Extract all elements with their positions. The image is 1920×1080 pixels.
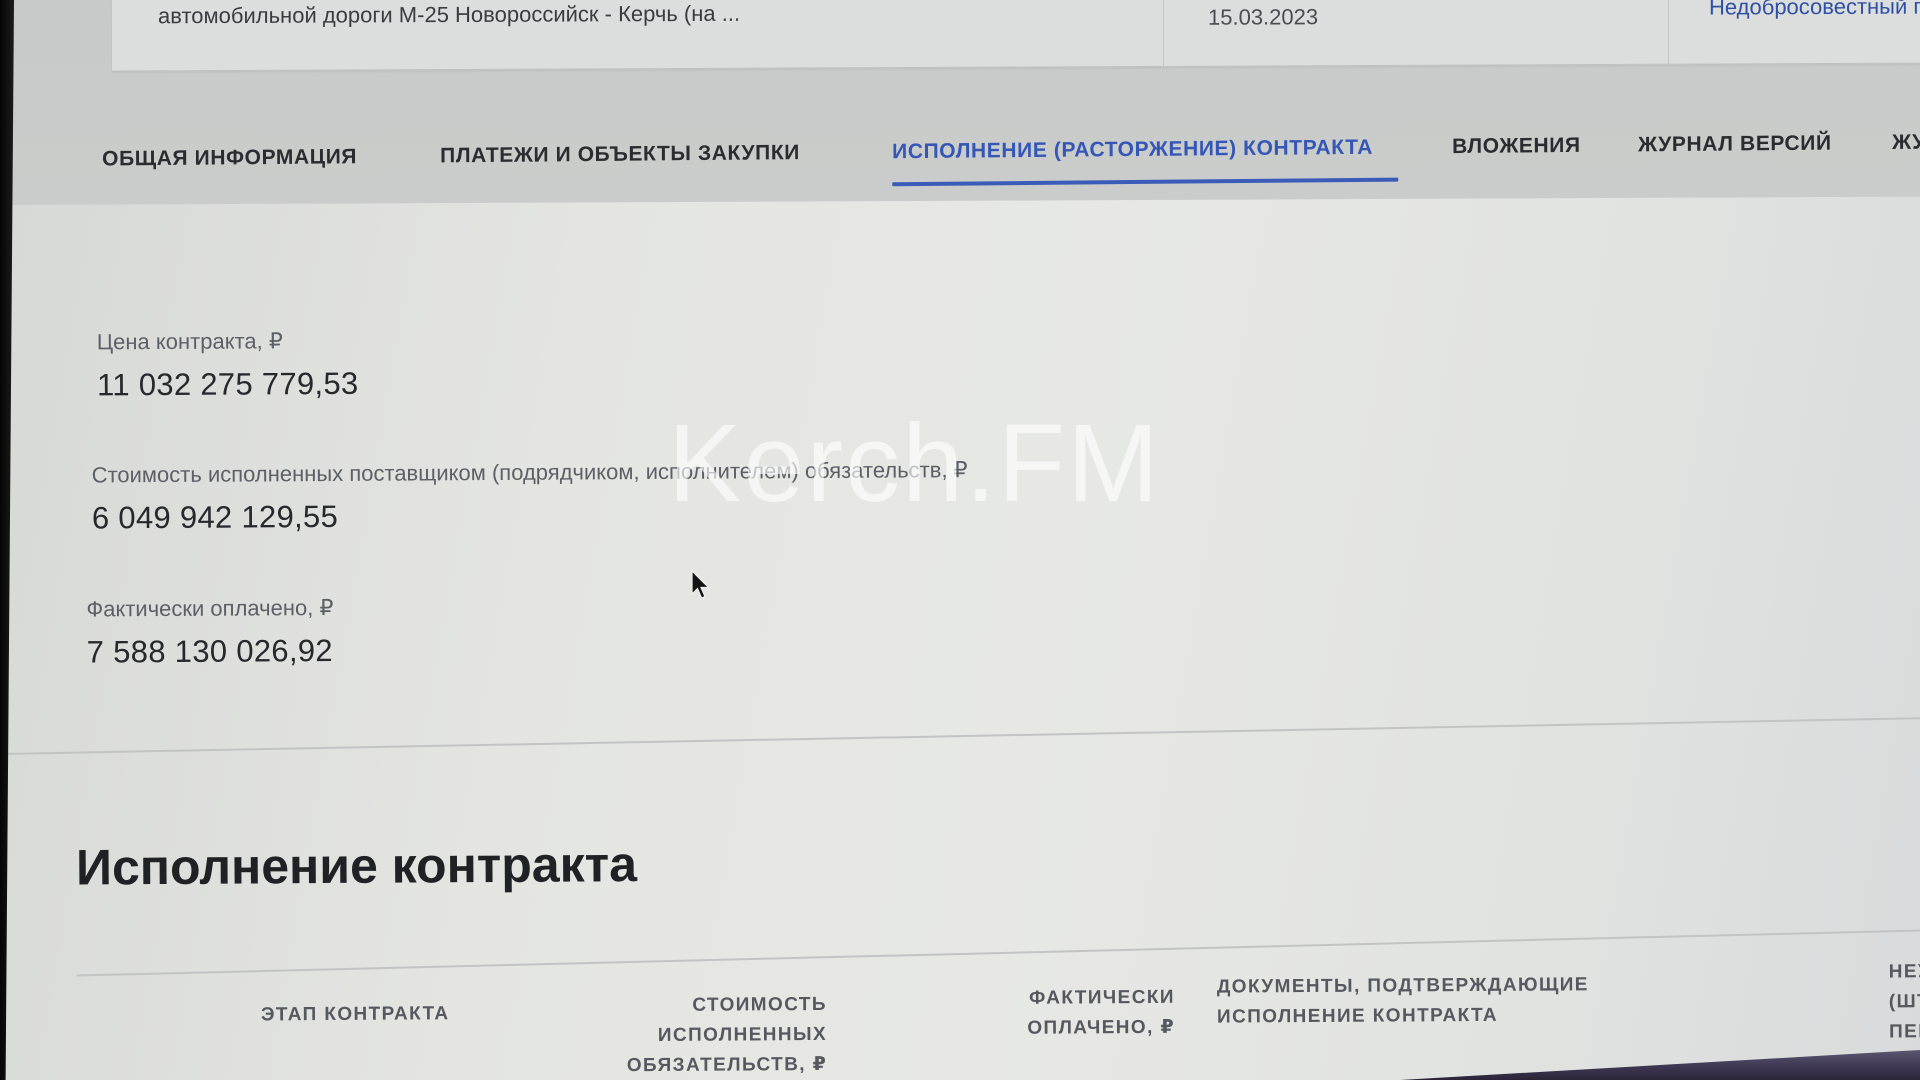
th-line: НЕУ [1889,957,1920,987]
th-line: ФАКТИЧЕСКИ [1005,983,1175,1014]
actually-paid-value: 7 588 130 026,92 [87,633,334,671]
th-line: ДОКУМЕНТЫ, ПОДТВЕРЖДАЮЩИЕ [1217,970,1589,1002]
table-header-stage[interactable]: ЭТАП КОНТРАКТА [261,999,450,1030]
table-header-penalties[interactable]: НЕУ (ШТ ПЕН [1889,957,1920,1047]
tab-payments-and-objects[interactable]: ПЛАТЕЖИ И ОБЪЕКТЫ ЗАКУПКИ [440,141,800,168]
table-header-documents[interactable]: ДОКУМЕНТЫ, ПОДТВЕРЖДАЮЩИЕ ИСПОЛНЕНИЕ КОН… [1217,970,1589,1032]
contract-subject[interactable]: автомобильной дороги М-25 Новороссийск -… [158,1,740,30]
tab-general-info[interactable]: ОБЩАЯ ИНФОРМАЦИЯ [102,145,357,171]
summary-cell-status: Недобросовестный п [1669,0,1920,65]
summary-cell-subject: автомобильной дороги М-25 Новороссийск -… [112,0,1164,72]
fulfilled-cost-value: 6 049 942 129,55 [92,495,968,536]
table-header-fulfilled-cost[interactable]: СТОИМОСТЬ ИСПОЛНЕННЫХ ОБЯЗАТЕЛЬСТВ, ₽ [605,990,828,1080]
summary-cell-date: Дата заключения контракта 15.03.2023 [1164,0,1669,67]
tab-contract-execution[interactable]: ИСПОЛНЕНИЕ (РАСТОРЖЕНИЕ) КОНТРАКТА [892,136,1373,164]
th-line: СТОИМОСТЬ [605,990,827,1021]
contract-summary-card: автомобильной дороги М-25 Новороссийск -… [112,0,1920,72]
contract-header: автомобильной дороги М-25 Новороссийск -… [0,0,1920,205]
tab-version-log[interactable]: ЖУРНАЛ ВЕРСИЙ [1638,132,1832,158]
th-line: ПЕН [1889,1017,1920,1047]
execution-section-title: Исполнение контракта [76,835,637,896]
th-line: ОБЯЗАТЕЛЬСТВ, ₽ [605,1050,827,1080]
actually-paid-label: Фактически оплачено, ₽ [86,595,333,623]
contract-date: 15.03.2023 [1208,4,1318,30]
fulfilled-cost-field: Стоимость исполненных поставщиком (подря… [92,457,968,536]
unscrupulous-supplier-link[interactable]: Недобросовестный п [1709,0,1920,21]
actually-paid-field: Фактически оплачено, ₽ 7 588 130 026,92 [86,595,333,671]
mouse-pointer-icon [690,570,712,602]
th-line: ИСПОЛНЕННЫХ [605,1020,827,1051]
contract-price-label: Цена контракта, ₽ [97,328,359,356]
table-top-border [77,928,1920,976]
fulfilled-cost-label: Стоимость исполненных поставщиком (подря… [92,457,968,488]
tab-event-log[interactable]: ЖУ [1892,131,1920,155]
table-header-actually-paid[interactable]: ФАКТИЧЕСКИ ОПЛАЧЕНО, ₽ [1005,983,1175,1044]
th-line: ИСПОЛНЕНИЕ КОНТРАКТА [1217,1000,1589,1032]
active-tab-indicator [892,178,1398,187]
th-line: ОПЛАЧЕНО, ₽ [1005,1013,1175,1044]
tab-attachments[interactable]: ВЛОЖЕНИЯ [1452,134,1581,159]
browser-viewport: автомобильной дороги М-25 Новороссийск -… [0,0,1920,1080]
contract-price-value: 11 032 275 779,53 [97,366,359,404]
table-header-stage-text: ЭТАП КОНТРАКТА [261,1003,450,1025]
th-line: (ШТ [1889,987,1920,1017]
section-divider [3,716,1920,755]
contract-price-field: Цена контракта, ₽ 11 032 275 779,53 [97,328,359,404]
contract-tabs: ОБЩАЯ ИНФОРМАЦИЯ ПЛАТЕЖИ И ОБЪЕКТЫ ЗАКУП… [102,121,1920,198]
execution-tab-content: Цена контракта, ₽ 11 032 275 779,53 Стои… [0,193,1920,1080]
